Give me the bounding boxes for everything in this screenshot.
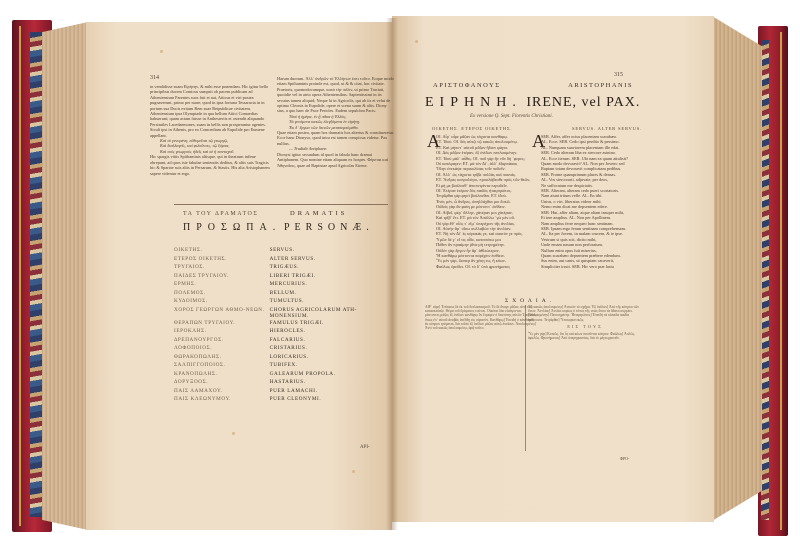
left-marbled-endpaper [30, 32, 42, 517]
translation-credit: Ex versione Q. Sept. Florentis Christian… [470, 114, 553, 119]
dramatis-title-latin-small: DRAMATIS [290, 210, 347, 217]
foxing-spot [352, 470, 355, 473]
cast-latin: HASTARIUS. [270, 379, 394, 385]
dramatis-title-greek-small: ΤΑ ΤΟΥ ΔΡΑΜΑΤΟΣ [183, 211, 258, 217]
cast-row: ΕΤΕΡΟΣ ΟΙΚΕΤΗΣ.ALTER SERVUS. [174, 256, 394, 265]
right-marbled-endpaper [761, 40, 769, 520]
cast-row: ΠΟΛΕΜΟΣ.BELLUM. [174, 290, 394, 299]
gilt-border [780, 32, 782, 530]
left-intro-column-2: Harum duorum. Ἀλλ᾽ ἀνδρῶν τὸ Ἑλλήνων ἐστ… [277, 76, 395, 198]
cast-row: ΠΑΙΣ ΚΛΕΩΝΥΜΟΥ.PUER CLEONYMI. [174, 396, 394, 405]
author-greek: ΑΡΙΣΤΟΦΑΝΟΥΣ [433, 82, 500, 89]
cast-row: ΚΥΔΟΙΜΟΣ.TUMULTUS. [174, 298, 394, 307]
text-line: ΕΤ. Ἄνδρες κοπρολόγοι, προσλάβεσθε πρὸς … [436, 177, 538, 182]
intro-verse: Ἰδοὺ ἡ ἡμέρα, ἐν ᾗ πᾶσα ἡ Ἑλλάς, Τὰ γενό… [277, 114, 395, 130]
cast-latin: SERVUS. [270, 247, 394, 253]
cast-row: ΘΩΡΑΚΟΠΩΛΗΣ.LORICARIUS. [174, 354, 394, 363]
cast-greek: ΔΟΡΥΞΟΟΣ. [174, 379, 270, 385]
open-book: 314 in vendidisse suam Εἰρήνην, & mihi e… [0, 0, 800, 559]
author-latin: ARISTOPHANIS [568, 82, 633, 89]
cast-latin: CRISTARIUS. [270, 345, 394, 351]
scholia-paragraph: Ὗς μὲν γάρ] Κοινῶς, ὅτι ὗς καὶ κύων σιτο… [528, 332, 642, 340]
cast-row: ΔΡΕΠΑΝΟΥΡΓΟΣ.FALCARIUS. [174, 337, 394, 346]
cast-row: ΕΡΜΗΣ.MERCURIUS. [174, 281, 394, 290]
cast-row: ΘΕΡΑΠΩΝ ΤΡΥΓΑΙΟΥ.FAMULUS TRIGÆI. [174, 320, 394, 329]
dramatis-title-greek-large: ΠΡΟΣΩΠΑ. [183, 222, 281, 233]
foxing-spot [232, 432, 235, 435]
foxing-spot [415, 40, 418, 43]
intro-paragraph: Dionysi igitur secundum id quod in fabul… [277, 152, 395, 168]
title-latin: IRENE, vel PAX. [526, 95, 640, 110]
cast-row: ΠΑΙΔΕΣ ΤΡΥΓΑΙΟΥ.LIBERI TRIGÆI. [174, 273, 394, 282]
cast-greek: ΕΡΜΗΣ. [174, 281, 270, 287]
cast-greek: ΔΡΕΠΑΝΟΥΡΓΟΣ. [174, 337, 270, 343]
cast-latin: MERCURIUS. [270, 281, 394, 287]
cast-row: ΣΑΛΠΙΓΓΟΠΟΙΟΣ.TUBIFEX. [174, 362, 394, 371]
cast-greek: ΚΥΔΟΙΜΟΣ. [174, 298, 270, 304]
cast-greek: ΘΩΡΑΚΟΠΩΛΗΣ. [174, 354, 270, 360]
cast-latin: TUBIFEX. [270, 362, 394, 368]
left-catchword: ΑΡΙ- [360, 445, 370, 450]
play-author: ΑΡΙΣΤΟΦΑΝΟΥΣ ARISTOPHANIS [433, 82, 633, 89]
cast-row: ΠΑΙΣ ΛΑΜΑΧΟΥ.PUER LAMACHI. [174, 388, 394, 397]
cast-list: ΟΙΚΕΤΗΣ.SERVUS. ΕΤΕΡΟΣ ΟΙΚΕΤΗΣ.ALTER SER… [174, 247, 394, 405]
cast-latin: LORICARIUS. [270, 354, 394, 360]
cast-latin: GALEARUM PROPOLA. [270, 371, 394, 377]
cast-row: ΛΟΦΟΠΟΙΟΣ.CRISTARIUS. [174, 345, 394, 354]
cast-row: ΚΡΑΝΟΠΩΛΗΣ.GALEARUM PROPOLA. [174, 371, 394, 380]
latin-text-column: SER. Affer, affer ocius placentam scarab… [525, 134, 643, 271]
cast-greek: ΘΕΡΑΠΩΝ ΤΡΥΓΑΙΟΥ. [174, 320, 270, 326]
section-rule [174, 204, 388, 205]
cast-latin: HIEROCLES. [270, 328, 394, 334]
intro-paragraph: Quae etiam postea, quam hos dramatis hos… [277, 130, 395, 146]
cast-latin: FALCARIUS. [270, 337, 394, 343]
cast-latin: ALTER SERVUS. [270, 256, 394, 262]
intro-verse: Καὶ τὸ γενομένη, εὐθυμεῖται τῷ γεωργῷ, Κ… [150, 138, 272, 154]
right-page-block-edge [712, 16, 762, 521]
cast-latin: FAMULUS TRIGÆI. [270, 320, 394, 326]
speakers-latin: SERVUS. ALTER SERVUS. [572, 126, 642, 131]
cast-latin: PUER LAMACHI. [270, 388, 394, 394]
cast-row: ΧΟΡΟΣ ΓΕΩΡΓΩΝ ΑΘΜΟ-ΝΕΩΝ.CHORUS AGRICOLAR… [174, 307, 394, 320]
cast-greek: ΠΑΙΣ ΛΑΜΑΧΟΥ. [174, 388, 270, 394]
greek-text-column: ΟΙ. Αἶρ᾽ αἶρε μᾶζαν ὡς τάχιστα κανθάρῳ. … [420, 134, 538, 271]
cast-greek: ΤΡΥΓΑΙΟΣ. [174, 264, 270, 270]
cast-greek: ΠΑΙΣ ΚΛΕΩΝΥΜΟΥ. [174, 396, 270, 402]
cast-latin: PUER CLEONYMI. [270, 396, 394, 402]
cast-latin: LIBERI TRIGÆI. [270, 273, 394, 279]
text-line: Φαύλως ἐρείδει. ΟΙ. τὸ δ᾽ ὑπὸ φρονήματος [436, 264, 538, 269]
dramatis-title-latin-large: PERSONÆ. [284, 222, 374, 233]
scholia-heading: ΣΧΟΛΙΑ. [505, 298, 555, 304]
left-page-number: 314 [150, 75, 159, 81]
scholia-column-1: ΑΙΡ᾽ αἶρε] Ἐπίτασις δὲ ἐκ τοῦ διπλασιασμ… [425, 305, 537, 453]
cast-latin: CHORUS AGRICOLARUM ATH-MONENSIUM. [270, 307, 394, 319]
cast-latin: TRIGÆUS. [270, 264, 394, 270]
intro-paragraph: Harum duorum. Ἀλλ᾽ ἀνδρῶν τὸ Ἑλλήνων ἐστ… [277, 76, 395, 114]
scholia-subheading: ΕΙΣ ΤΟΥΣ [528, 325, 642, 329]
cast-greek: ΙΕΡΟΚΛΗΣ. [174, 328, 270, 334]
left-page-block-edge [42, 22, 88, 530]
scholia-column-2: Τῷ κακῶς ἀπολουμένῳ] Ἀττικὸν τὸ σχῆμα. Ἐ… [528, 305, 642, 453]
cast-greek: ΟΙΚΕΤΗΣ. [174, 247, 270, 253]
text-line: ΕΤ. Νὴ τὸν Δί᾽ ἐς κόρακάς γε, καὶ σαυτόν… [436, 231, 538, 236]
cast-greek: ΧΟΡΟΣ ΓΕΩΡΓΩΝ ΑΘΜΟ-ΝΕΩΝ. [174, 307, 270, 313]
cast-row: ΤΡΥΓΑΙΟΣ.TRIGÆUS. [174, 264, 394, 273]
title-greek: ΕΙΡΗΝΗ. [425, 95, 522, 110]
cast-greek: ΠΑΙΔΕΣ ΤΡΥΓΑΙΟΥ. [174, 273, 270, 279]
cast-row: ΟΙΚΕΤΗΣ.SERVUS. [174, 247, 394, 256]
right-catchword: ΦΡΟ- [620, 456, 629, 461]
gilt-border [19, 26, 21, 526]
right-page-number: 315 [614, 72, 623, 78]
cast-greek: ΕΤΕΡΟΣ ΟΙΚΕΤΗΣ. [174, 256, 270, 262]
cast-greek: ΠΟΛΕΜΟΣ. [174, 290, 270, 296]
text-line: Simpliciter irruit. SER. Hic vero præ fa… [541, 264, 643, 269]
intro-paragraph: in vendidisse suam Εἰρήνην, & mihi esse … [150, 84, 272, 138]
speakers-greek: ΟΙΚΕΤΗΣ. ΕΤΕΡΟΣ ΟΙΚΕΤΗΣ. [432, 126, 512, 131]
cast-greek: ΣΑΛΠΙΓΓΟΠΟΙΟΣ. [174, 362, 270, 368]
cast-latin: BELLUM. [270, 290, 394, 296]
left-intro-column-1: in vendidisse suam Εἰρήνην, & mihi esse … [150, 84, 272, 196]
cast-greek: ΛΟΦΟΠΟΙΟΣ. [174, 345, 270, 351]
cast-greek: ΚΡΑΝΟΠΩΛΗΣ. [174, 371, 270, 377]
cast-row: ΙΕΡΟΚΛΗΣ.HIEROCLES. [174, 328, 394, 337]
cast-row: ΔΟΡΥΞΟΟΣ.HASTARIUS. [174, 379, 394, 388]
foxing-spot [160, 50, 163, 53]
play-title: ΕΙΡΗΝΗ. IRENE, vel PAX. [425, 95, 645, 111]
intro-paragraph: Hic spargis vitiis Spithaminis aliisque,… [150, 154, 272, 176]
cast-latin: TUMULTUS. [270, 298, 394, 304]
scholia-paragraph: Τῷ κακῶς ἀπολουμένῳ] Ἀττικὸν τὸ σχῆμα. Ἐ… [528, 305, 642, 322]
